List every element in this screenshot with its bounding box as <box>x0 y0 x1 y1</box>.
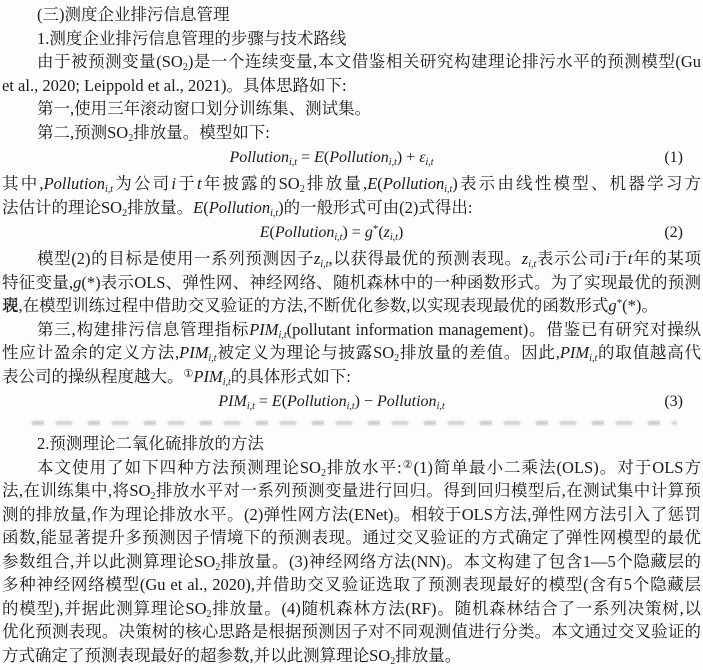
text-line: 特征变量,g(*)表示OLS、弹性网、神经网络、随机森林中的一种函数形式。为了实… <box>2 271 701 295</box>
document-text-block: (三)测度企业排污信息管理1.测度企业排污信息管理的步骤与技术路线由于被预测变量… <box>2 3 701 667</box>
equation-formula: E(Pollutioni,t) = g*(zi,t) <box>260 219 404 247</box>
text-line: 1.测度企业排污信息管理的步骤与技术路线 <box>2 27 701 51</box>
equation-line: E(Pollutioni,t) = g*(zi,t)(2) <box>2 219 701 247</box>
text-line: 2.预测理论二氧化硫排放的方法 <box>2 432 701 456</box>
text-line: 本文使用了如下四种方法预测理论SO2排放水平:②(1)简单最小二乘法(OLS)。… <box>2 456 701 480</box>
equation-number: (3) <box>664 388 683 416</box>
text-line: 的模型),并据此测算理论SO2排放量。(4)随机森林方法(RF)。随机森林结合了… <box>2 597 701 621</box>
equation-formula: PIMi,t = E(Pollutioni,t) − Pollutioni,t <box>218 388 444 416</box>
equation-line: PIMi,t = E(Pollutioni,t) − Pollutioni,t(… <box>2 388 701 416</box>
text-line: 模型(2)的目标是使用一系列预测因子zi,t,以获得最优的预测表现。zi,t表示… <box>2 247 701 271</box>
equation-number: (1) <box>664 144 683 172</box>
text-line: 测的排放量,作为理论排放水平。(2)弹性网方法(ENet)。相较于OLS方法,弹… <box>2 503 701 527</box>
text-line: 表公司的操纵程度越大。①PIMi,t的具体形式如下: <box>2 365 701 389</box>
text-line: 其中,Pollutioni,t为公司i于t年披露的SO2排放量,E(Pollut… <box>2 172 701 196</box>
text-line: (三)测度企业排污信息管理 <box>2 3 701 27</box>
equation-formula: Pollutioni,t = E(Pollutioni,t) + εi,t <box>229 144 433 172</box>
faded-print-streak <box>32 421 677 425</box>
text-line: 第三,构建排污信息管理指标PIMi,t(pollutant informatio… <box>2 318 701 342</box>
faded-print-artifact <box>2 416 701 432</box>
equation-number: (2) <box>664 219 683 247</box>
text-line: 现,在模型训练过程中借助交叉验证的方法,不断优化参数,以实现表现最优的函数形式g… <box>2 294 701 318</box>
text-line: 多种神经网络模型(Gu et al., 2020),并借助交叉验证选取了预测表现… <box>2 573 701 597</box>
text-line: 第一,使用三年滚动窗口划分训练集、测试集。 <box>2 97 701 121</box>
text-line: 第二,预测SO2排放量。模型如下: <box>2 121 701 145</box>
text-line: 函数,能显著提升多预测因子情境下的预测表现。通过交叉验证的方式确定了弹性网模型的… <box>2 526 701 550</box>
text-line: 参数组合,并以此测算理论SO2排放量。(3)神经网络方法(NN)。本文构建了包含… <box>2 550 701 574</box>
text-line: 由于被预测变量(SO2)是一个连续变量,本文借鉴相关研究构建理论排污水平的预测模… <box>2 50 701 74</box>
text-line: 法估计的理论SO2排放量。E(Pollutioni,t)的一般形式可由(2)式得… <box>2 196 701 220</box>
text-line: 法,在训练集中,将SO2排放水平对一系列预测变量进行回归。得到回归模型后,在测试… <box>2 479 701 503</box>
document-page: (三)测度企业排污信息管理1.测度企业排污信息管理的步骤与技术路线由于被预测变量… <box>0 0 703 670</box>
equation-line: Pollutioni,t = E(Pollutioni,t) + εi,t(1) <box>2 144 701 172</box>
text-line: et al., 2020; Leippold et al., 2021)。具体思… <box>2 74 701 98</box>
text-line: 性应计盈余的定义方法,PIMi,t被定义为理论与披露SO2排放量的差值。因此,P… <box>2 341 701 365</box>
text-line: 优化预测表现。决策树的核心思路是根据预测因子对不同观测值进行分类。本文通过交叉验… <box>2 620 701 644</box>
text-line: 方式确定了预测表现最好的超参数,并以此测算理论SO2排放量。 <box>2 644 701 668</box>
